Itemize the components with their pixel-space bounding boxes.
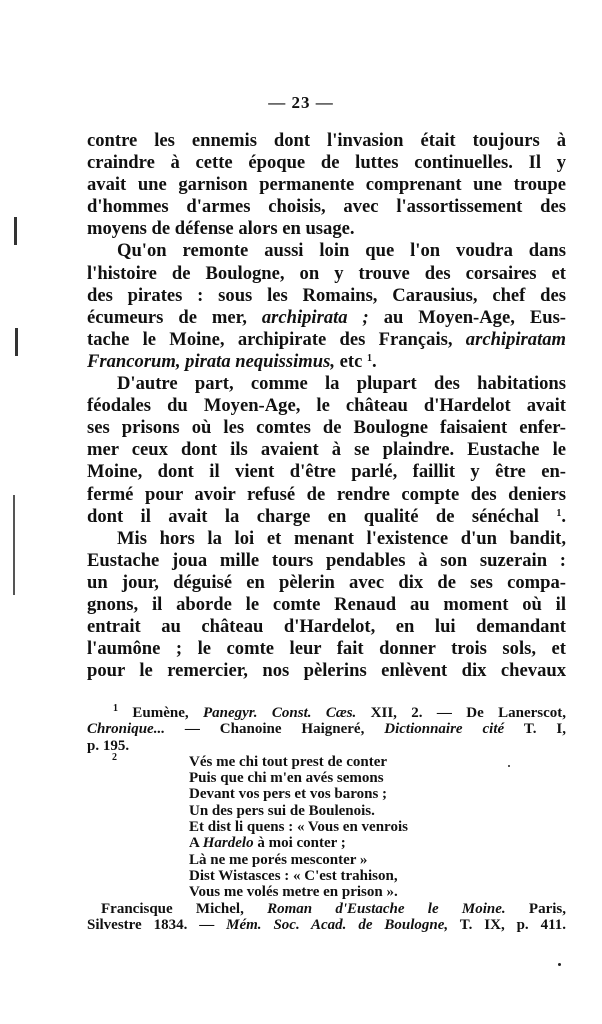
text-line: des pirates : sous les Romains, Carausiu… bbox=[87, 285, 566, 307]
text-line: l'histoire de Boulogne, on y trouve des … bbox=[87, 263, 566, 285]
text-line: Mis hors la loi et menant l'existence d'… bbox=[87, 528, 566, 550]
page-number: — 23 — bbox=[0, 93, 602, 113]
verse-line: Et dist li quens : « Vous en venrois bbox=[189, 819, 566, 835]
verse-line: Là ne me porés mesconter » bbox=[189, 852, 566, 868]
footnote-2-verse: Vés me chi tout prest de conter Puis que… bbox=[87, 754, 566, 901]
text-line: moyens de défense alors en usage. bbox=[87, 218, 566, 240]
margin-scan-mark bbox=[13, 495, 15, 595]
verse-line: Puis que chi m'en avés semons bbox=[189, 770, 566, 786]
text-line: un jour, déguisé en pèlerin avec dix de … bbox=[87, 572, 566, 594]
text-line: mer ceux dont ils avaient à se plaindre.… bbox=[87, 439, 566, 461]
footnotes: 1 Eumène, Panegyr. Const. Cæs. XII, 2. —… bbox=[87, 705, 566, 933]
verse-line: Dist Wistasces : « C'est trahison, bbox=[189, 868, 566, 884]
verse-line: Vés me chi tout prest de conter bbox=[189, 754, 566, 770]
text-line: contre les ennemis dont l'invasion était… bbox=[87, 130, 566, 152]
text-line: d'hommes d'armes choisis, avec l'assorti… bbox=[87, 196, 566, 218]
text-line: Francorum, pirata nequissimus, etc 1. bbox=[87, 351, 566, 373]
text-line: fermé pour avoir refusé de rendre compte… bbox=[87, 484, 566, 506]
body-text: contre les ennemis dont l'invasion était… bbox=[87, 130, 566, 682]
scan-speck bbox=[558, 963, 561, 966]
margin-scan-mark bbox=[15, 328, 18, 356]
latin-term: archipirata ; bbox=[262, 307, 369, 328]
footnote-1-line: Chronique... — Chanoine Haigneré, Dictio… bbox=[87, 721, 566, 737]
text-line: gnons, il aborde le comte Renaud au mome… bbox=[87, 594, 566, 616]
footnote-1-line: p. 195. bbox=[87, 738, 566, 754]
text-line: dont il avait la charge en qualité de sé… bbox=[87, 506, 566, 528]
footnote-2-source: Francisque Michel, Roman d'Eustache le M… bbox=[87, 901, 566, 917]
text-line: féodales du Moyen-Age, le château d'Hard… bbox=[87, 395, 566, 417]
verse-line: Devant vos pers et vos barons ; bbox=[189, 786, 566, 802]
footnote-2-source: Silvestre 1834. — Mém. Soc. Acad. de Bou… bbox=[87, 917, 566, 933]
text-line: Eustache joua mille tours pendables à so… bbox=[87, 550, 566, 572]
text-line: l'aumône ; le comte leur fait donner tro… bbox=[87, 638, 566, 660]
verse-line: A Hardelo à moi conter ; bbox=[189, 835, 566, 851]
text-line: tache le Moine, archipirate des Français… bbox=[87, 329, 566, 351]
footnote-2-mark: 2 bbox=[112, 752, 117, 763]
latin-term: Francorum, pirata nequissimus, bbox=[87, 351, 335, 372]
text-line: ses prisons où les comtes de Boulogne fa… bbox=[87, 417, 566, 439]
text-line: D'autre part, comme la plupart des habit… bbox=[87, 373, 566, 395]
margin-scan-mark bbox=[14, 217, 17, 245]
verse-line: Vous me volés metre en prison ». bbox=[189, 884, 566, 900]
text-line: craindre à cette époque de luttes contin… bbox=[87, 152, 566, 174]
verse-line: Un des pers sui de Boulenois. bbox=[189, 803, 566, 819]
latin-term: archipiratam bbox=[466, 329, 566, 350]
text-line: écumeurs de mer, archipirata ; au Moyen-… bbox=[87, 307, 566, 329]
text-line: Qu'on remonte aussi loin que l'on voudra… bbox=[87, 240, 566, 262]
text-line: entrait au château d'Hardelot, en lui de… bbox=[87, 616, 566, 638]
footnote-1: 1 Eumène, Panegyr. Const. Cæs. XII, 2. —… bbox=[87, 705, 566, 721]
text-line: pour le remercier, nos pèlerins enlèvent… bbox=[87, 660, 566, 682]
text-line: Moine, dont il vient d'être parlé, faill… bbox=[87, 461, 566, 483]
text-line: avait une garnison permanente comprenant… bbox=[87, 174, 566, 196]
